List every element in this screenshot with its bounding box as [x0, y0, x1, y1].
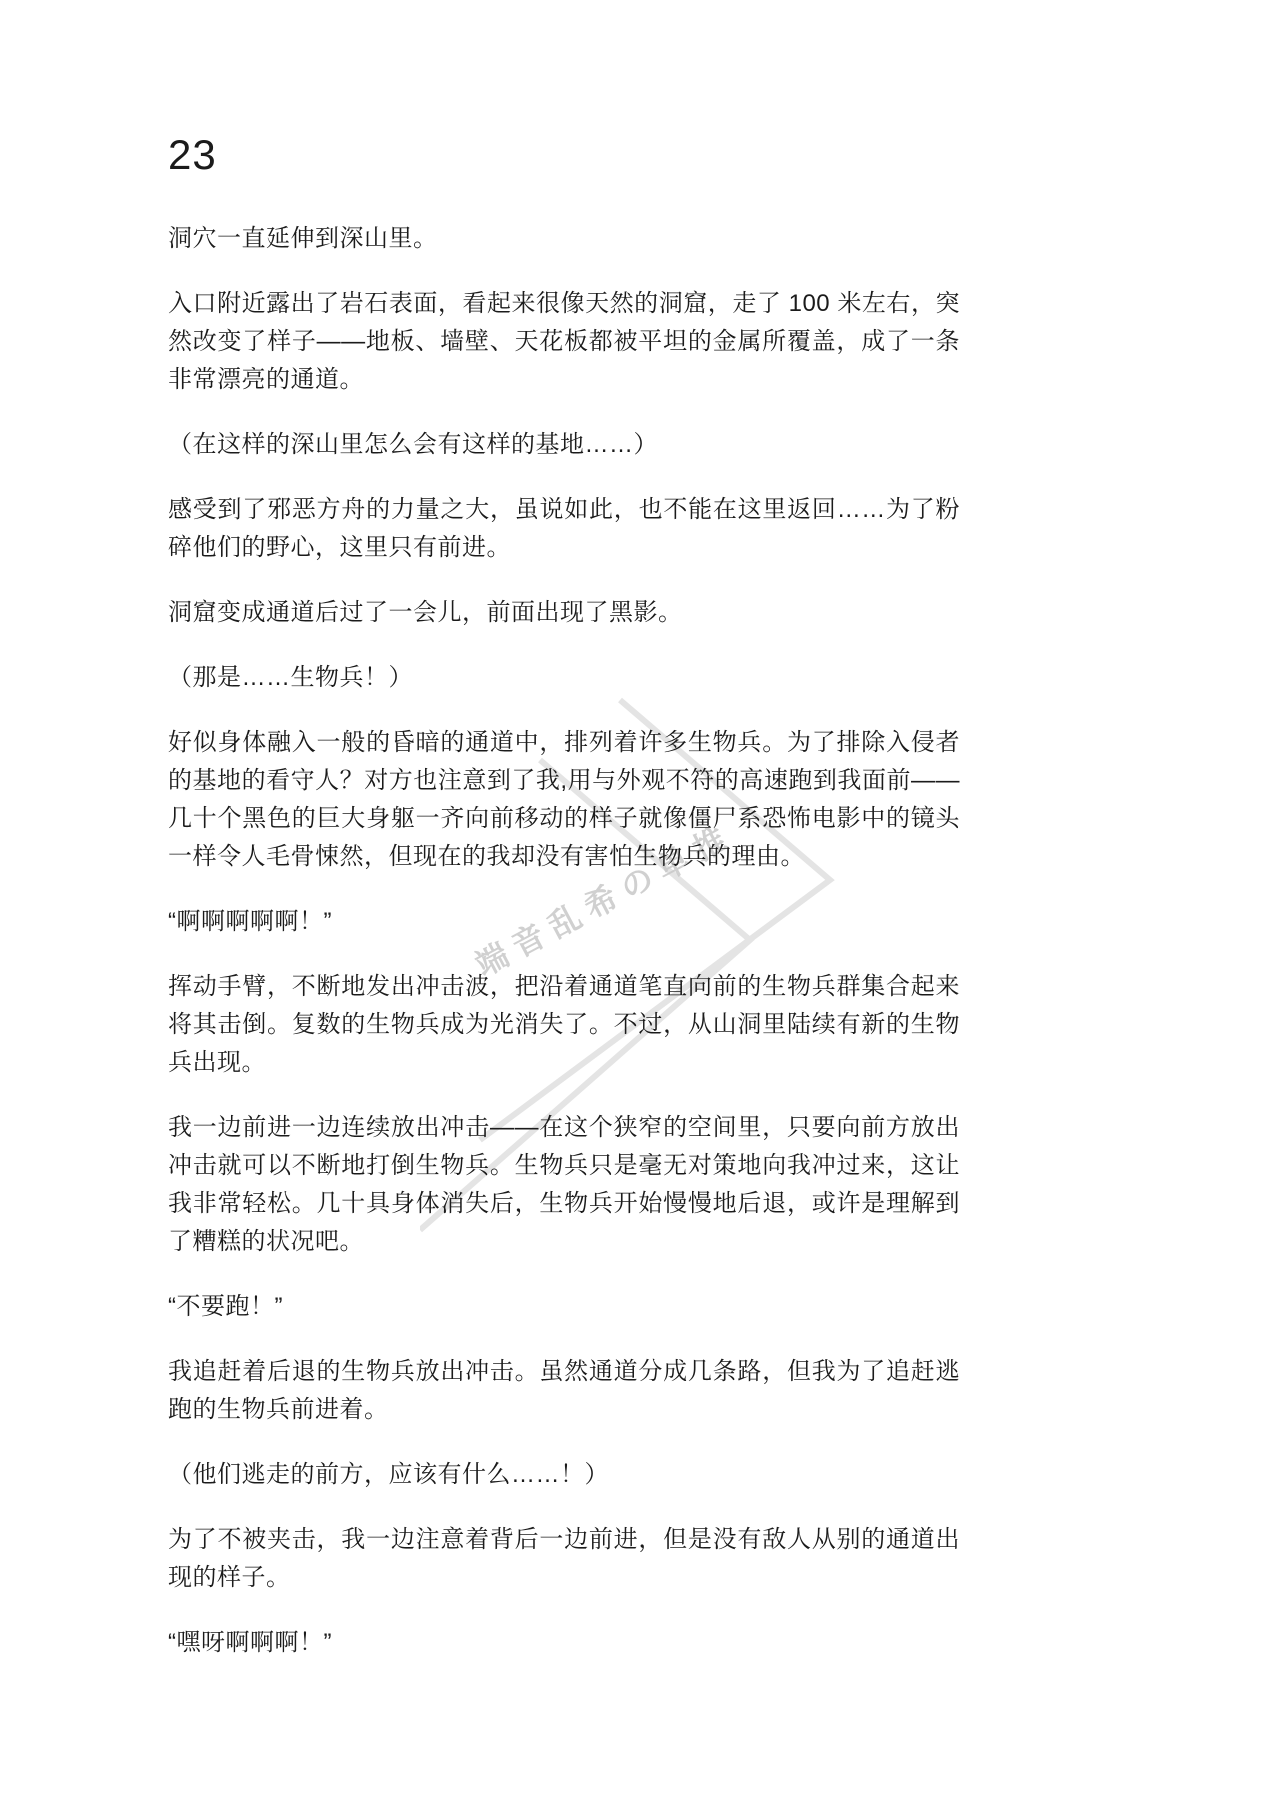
paragraph: 洞穴一直延伸到深山里。: [168, 220, 960, 258]
inner-thought: （在这样的深山里怎么会有这样的基地……）: [168, 426, 960, 464]
dialogue-line: “嘿呀啊啊啊！”: [168, 1624, 960, 1662]
inner-thought: （他们逃走的前方，应该有什么……！）: [168, 1456, 960, 1494]
inner-thought: （那是……生物兵！）: [168, 659, 960, 697]
chapter-number: 23: [168, 130, 960, 180]
dialogue-line: “不要跑！”: [168, 1288, 960, 1326]
paragraph: 挥动手臂，不断地发出冲击波，把沿着通道笔直向前的生物兵群集合起来将其击倒。复数的…: [168, 968, 960, 1082]
dialogue-line: “啊啊啊啊啊！”: [168, 903, 960, 941]
paragraph: 为了不被夹击，我一边注意着背后一边前进，但是没有敌人从别的通道出现的样子。: [168, 1521, 960, 1597]
paragraph: 洞窟变成通道后过了一会儿，前面出现了黑影。: [168, 594, 960, 632]
paragraph: 好似身体融入一般的昏暗的通道中，排列着许多生物兵。为了排除入侵者的基地的看守人？…: [168, 724, 960, 876]
paragraph: 我一边前进一边连续放出冲击——在这个狭窄的空间里，只要向前方放出冲击就可以不断地…: [168, 1109, 960, 1261]
document-page: 23 洞穴一直延伸到深山里。 入口附近露出了岩石表面，看起来很像天然的洞窟，走了…: [168, 130, 960, 1689]
paragraph: 感受到了邪恶方舟的力量之大，虽说如此，也不能在这里返回……为了粉碎他们的野心，这…: [168, 491, 960, 567]
paragraph: 入口附近露出了岩石表面，看起来很像天然的洞窟，走了 100 米左右，突然改变了样…: [168, 285, 960, 399]
paragraph: 我追赶着后退的生物兵放出冲击。虽然通道分成几条路，但我为了追赶逃跑的生物兵前进着…: [168, 1353, 960, 1429]
